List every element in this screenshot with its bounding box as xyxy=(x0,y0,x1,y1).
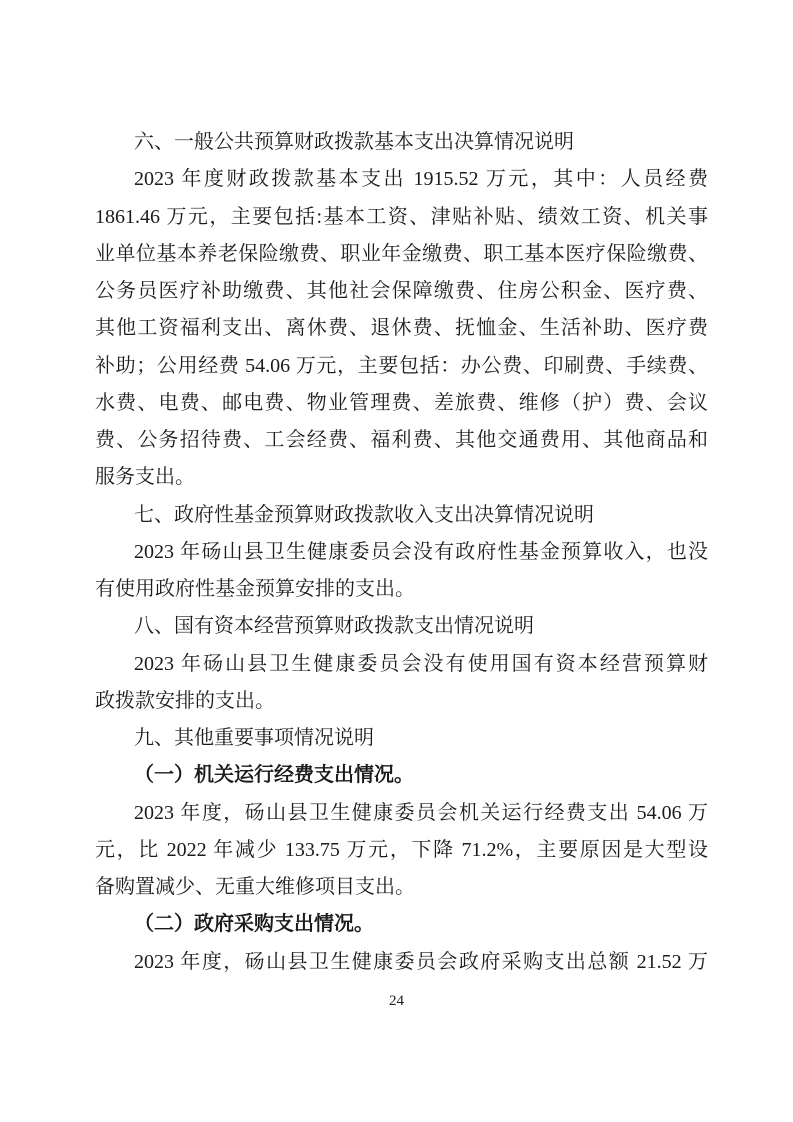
section-heading-6: 六、一般公共预算财政拨款基本支出决算情况说明 xyxy=(95,124,708,161)
text-line: 水费、电费、邮电费、物业管理费、差旅费、维修（护）费、会议 xyxy=(95,385,708,422)
text-line: 2023 年度，砀山县卫生健康委员会政府采购支出总额 21.52 万 xyxy=(95,944,708,981)
text-line: 有使用政府性基金预算安排的支出。 xyxy=(95,571,708,608)
sub-heading-1: （一）机关运行经费支出情况。 xyxy=(95,757,708,794)
text-line: 公务员医疗补助缴费、其他社会保障缴费、住房公积金、医疗费、 xyxy=(95,273,708,310)
page-number: 24 xyxy=(0,991,793,1011)
document-page: 六、一般公共预算财政拨款基本支出决算情况说明 2023 年度财政拨款基本支出 1… xyxy=(0,0,793,1122)
text-line: 费、公务招待费、工会经费、福利费、其他交通费用、其他商品和 xyxy=(95,422,708,459)
text-line: 服务支出。 xyxy=(95,459,708,496)
text-line: 备购置减少、无重大维修项目支出。 xyxy=(95,869,708,906)
text-line: 补助；公用经费 54.06 万元，主要包括：办公费、印刷费、手续费、 xyxy=(95,348,708,385)
text-line: 2023 年砀山县卫生健康委员会没有使用国有资本经营预算财 xyxy=(95,646,708,683)
sub-heading-2: （二）政府采购支出情况。 xyxy=(95,906,708,943)
text-line: 政拨款安排的支出。 xyxy=(95,683,708,720)
text-line: 2023 年砀山县卫生健康委员会没有政府性基金预算收入，也没 xyxy=(95,534,708,571)
text-line: 1861.46 万元，主要包括:基本工资、津贴补贴、绩效工资、机关事 xyxy=(95,199,708,236)
section-heading-9: 九、其他重要事项情况说明 xyxy=(95,720,708,757)
text-line: 元，比 2022 年减少 133.75 万元，下降 71.2%，主要原因是大型设 xyxy=(95,832,708,869)
document-body: 六、一般公共预算财政拨款基本支出决算情况说明 2023 年度财政拨款基本支出 1… xyxy=(95,124,708,981)
text-line: 2023 年度，砀山县卫生健康委员会机关运行经费支出 54.06 万 xyxy=(95,795,708,832)
text-line: 业单位基本养老保险缴费、职业年金缴费、职工基本医疗保险缴费、 xyxy=(95,236,708,273)
section-heading-7: 七、政府性基金预算财政拨款收入支出决算情况说明 xyxy=(95,497,708,534)
text-line: 其他工资福利支出、离休费、退休费、抚恤金、生活补助、医疗费 xyxy=(95,310,708,347)
text-line: 2023 年度财政拨款基本支出 1915.52 万元，其中：人员经费 xyxy=(95,161,708,198)
section-heading-8: 八、国有资本经营预算财政拨款支出情况说明 xyxy=(95,608,708,645)
